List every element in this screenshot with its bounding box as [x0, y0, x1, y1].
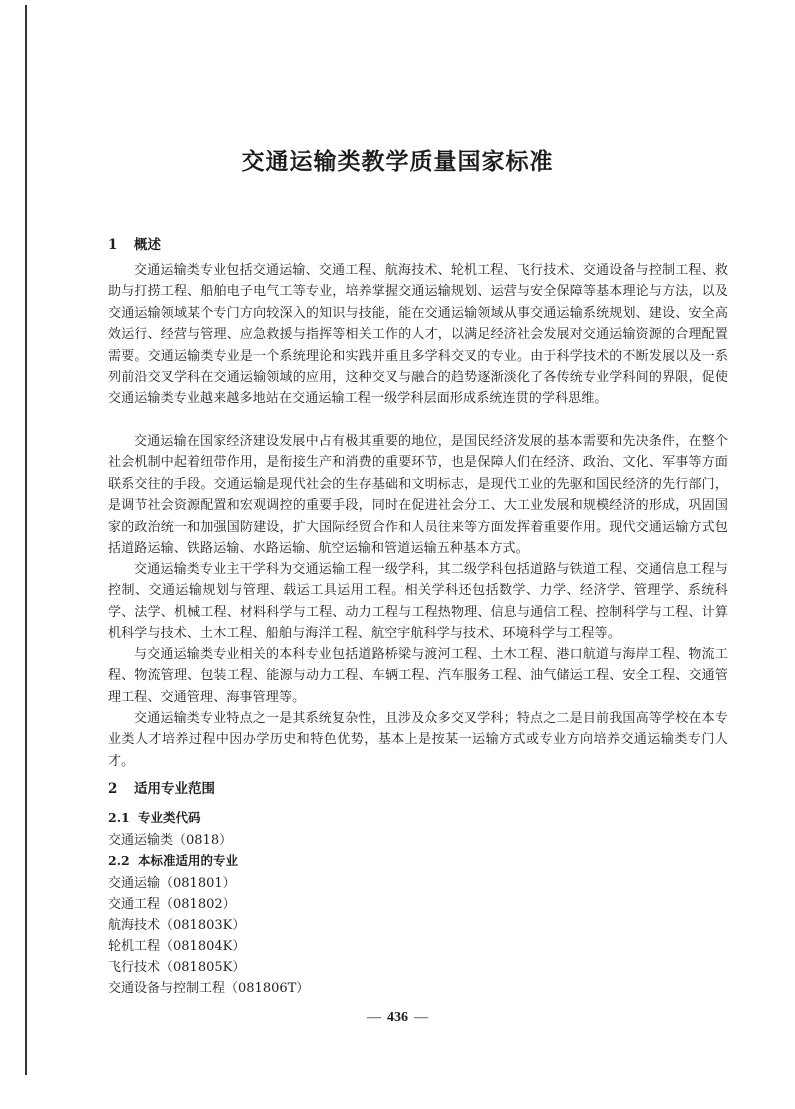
document-title: 交通运输类教学质量国家标准 — [0, 143, 795, 176]
list-item: 交通设备与控制工程（081806T） — [108, 977, 309, 996]
page-number: —436— — [0, 1010, 795, 1026]
list-item: 航海技术（081803K） — [108, 914, 245, 933]
subsection-number: 2.2 — [108, 853, 138, 868]
section-1-heading: 1概述 — [108, 233, 161, 253]
page-number-value: 436 — [387, 1010, 408, 1025]
paragraph-overview-2: 交通运输在国家经济建设发展中占有极其重要的地位，是国民经济发展的基本需要和先决条… — [108, 431, 728, 559]
list-item: 飞行技术（081805K） — [108, 956, 245, 975]
list-item: 轮机工程（081804K） — [108, 935, 245, 954]
subsection-number: 2.1 — [108, 810, 138, 825]
list-item: 交通运输类（0818） — [108, 829, 232, 848]
paragraph-overview-1: 交通运输类专业包括交通运输、交通工程、航海技术、轮机工程、飞行技术、交通设备与控… — [108, 260, 728, 410]
subsection-2-2-heading: 2.2本标准适用的专业 — [108, 851, 238, 869]
paragraph-overview-3: 交通运输类专业主干学科为交通运输工程一级学科，其二级学科包括道路与铁道工程、交通… — [108, 559, 728, 645]
page-dash-left: — — [367, 1010, 381, 1025]
section-title: 概述 — [134, 237, 161, 253]
subsection-title: 专业类代码 — [138, 810, 201, 825]
section-number: 2 — [108, 781, 134, 797]
paragraph-overview-5: 交通运输类专业特点之一是其系统复杂性，且涉及众多交叉学科；特点之二是目前我国高等… — [108, 708, 728, 772]
list-item: 交通工程（081802） — [108, 893, 236, 912]
subsection-2-1-heading: 2.1专业类代码 — [108, 808, 201, 826]
page-dash-right: — — [414, 1010, 428, 1025]
section-number: 1 — [108, 237, 134, 253]
list-item: 交通运输（081801） — [108, 872, 236, 891]
section-2-heading: 2适用专业范围 — [108, 777, 215, 797]
section-title: 适用专业范围 — [134, 781, 215, 797]
paragraph-overview-4: 与交通运输类专业相关的本科专业包括道路桥梁与渡河工程、土木工程、港口航道与海岸工… — [108, 644, 728, 708]
subsection-title: 本标准适用的专业 — [138, 853, 238, 868]
